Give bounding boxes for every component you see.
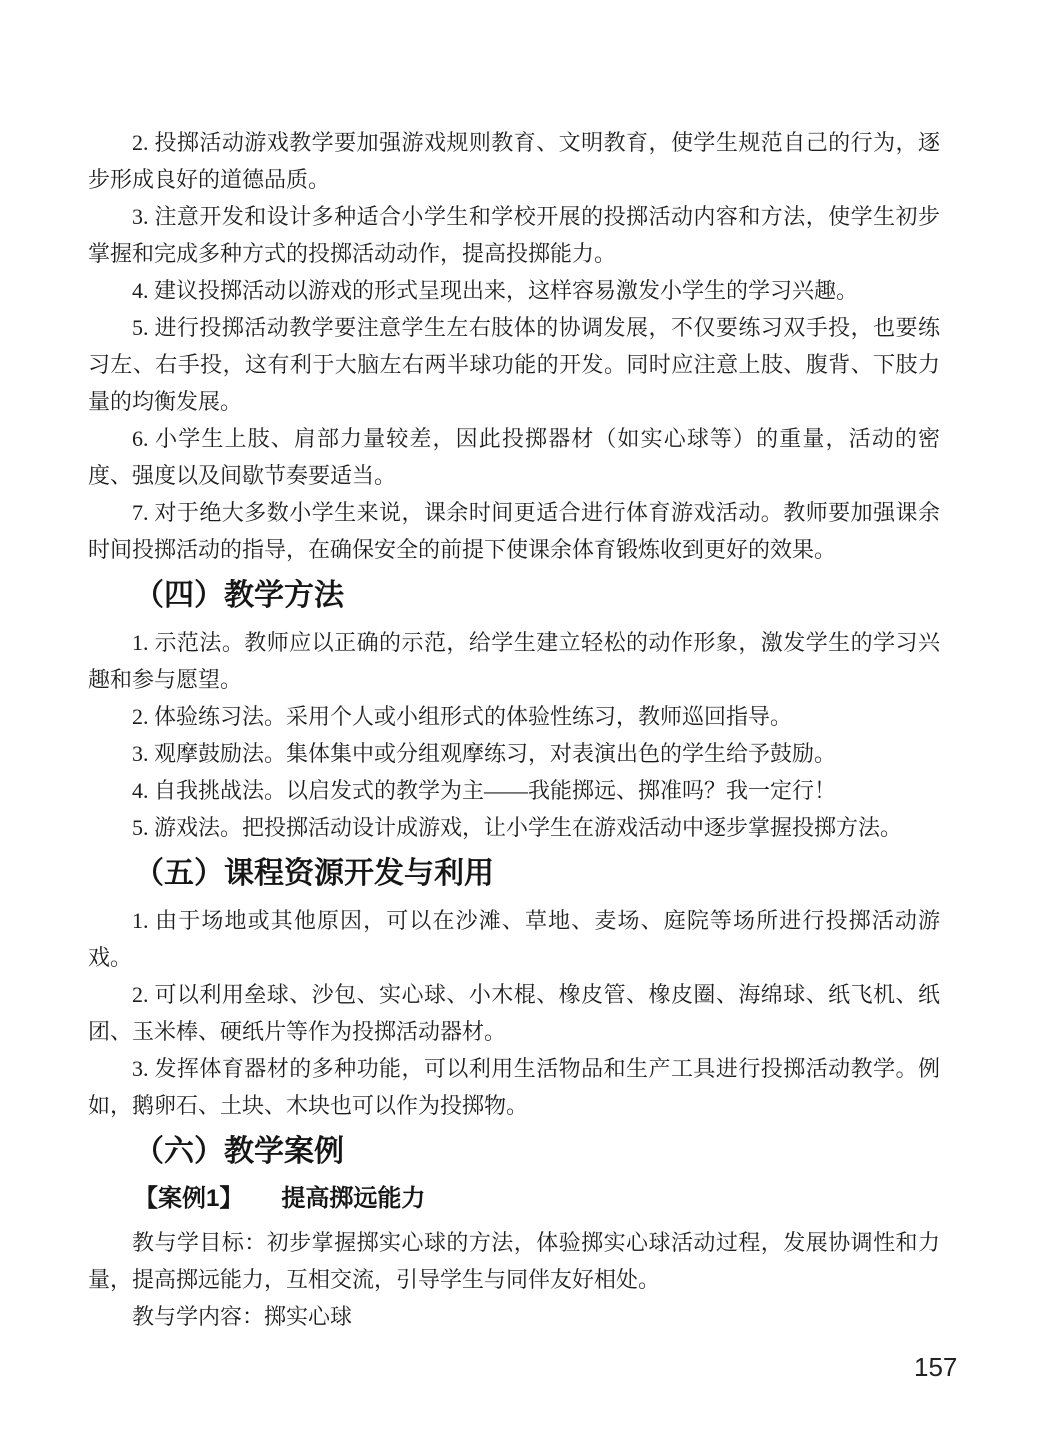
paragraph: 4. 建议投掷活动以游戏的形式呈现出来，这样容易激发小学生的学习兴趣。 — [88, 272, 940, 309]
case-heading: 【案例1】 提高掷远能力 — [134, 1182, 940, 1216]
paragraph: 4. 自我挑战法。以启发式的教学为主——我能掷远、掷准吗？我一定行！ — [88, 772, 940, 809]
case-title: 提高掷远能力 — [281, 1182, 425, 1216]
paragraph: 6. 小学生上肢、肩部力量较差，因此投掷器材（如实心球等）的重量，活动的密度、强… — [88, 420, 940, 494]
paragraph: 教与学内容：掷实心球 — [88, 1298, 940, 1335]
paragraph: 3. 注意开发和设计多种适合小学生和学校开展的投掷活动内容和方法，使学生初步掌握… — [88, 198, 940, 272]
paragraph: 2. 投掷活动游戏教学要加强游戏规则教育、文明教育，使学生规范自己的行为，逐步形… — [88, 124, 940, 198]
section-heading-cases: （六）教学案例 — [134, 1130, 940, 1174]
text-content: 2. 投掷活动游戏教学要加强游戏规则教育、文明教育，使学生规范自己的行为，逐步形… — [88, 124, 940, 1335]
document-page: 2. 投掷活动游戏教学要加强游戏规则教育、文明教育，使学生规范自己的行为，逐步形… — [0, 0, 1038, 1452]
paragraph: 3. 发挥体育器材的多种功能，可以利用生活物品和生产工具进行投掷活动教学。例如，… — [88, 1050, 940, 1124]
paragraph: 1. 示范法。教师应以正确的示范，给学生建立轻松的动作形象，激发学生的学习兴趣和… — [88, 624, 940, 698]
paragraph: 1. 由于场地或其他原因，可以在沙滩、草地、麦场、庭院等场所进行投掷活动游戏。 — [88, 902, 940, 976]
section-heading-resources: （五）课程资源开发与利用 — [134, 852, 940, 896]
case-label: 【案例1】 — [134, 1182, 243, 1216]
paragraph: 5. 游戏法。把投掷活动设计成游戏，让小学生在游戏活动中逐步掌握投掷方法。 — [88, 809, 940, 846]
paragraph: 5. 进行投掷活动教学要注意学生左右肢体的协调发展，不仅要练习双手投，也要练习左… — [88, 309, 940, 420]
paragraph: 7. 对于绝大多数小学生来说，课余时间更适合进行体育游戏活动。教师要加强课余时间… — [88, 494, 940, 568]
section-heading-methods: （四）教学方法 — [134, 574, 940, 618]
paragraph: 3. 观摩鼓励法。集体集中或分组观摩练习，对表演出色的学生给予鼓励。 — [88, 735, 940, 772]
page-number: 157 — [914, 1352, 957, 1382]
paragraph: 2. 体验练习法。采用个人或小组形式的体验性练习，教师巡回指导。 — [88, 698, 940, 735]
paragraph: 教与学目标：初步掌握掷实心球的方法，体验掷实心球活动过程，发展协调性和力量，提高… — [88, 1224, 940, 1298]
paragraph: 2. 可以利用垒球、沙包、实心球、小木棍、橡皮管、橡皮圈、海绵球、纸飞机、纸团、… — [88, 976, 940, 1050]
